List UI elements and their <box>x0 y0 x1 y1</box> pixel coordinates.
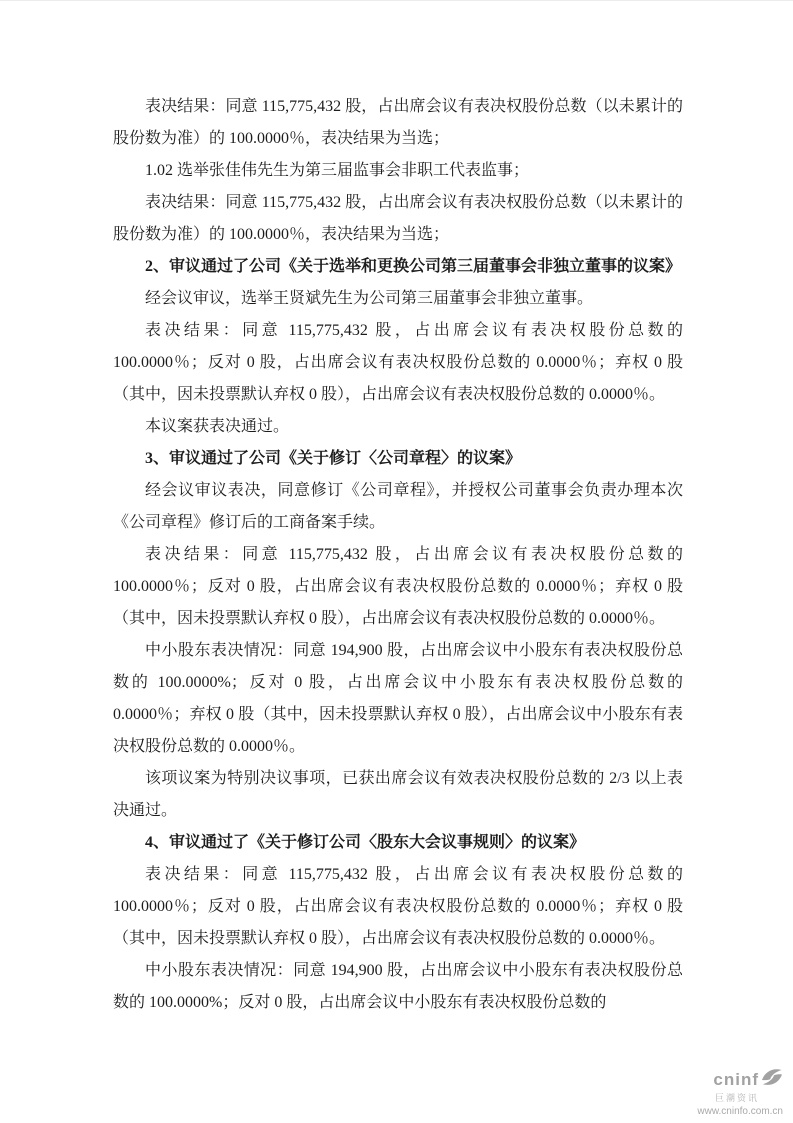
paragraph-item-3-vote-result: 表决结果：同意 115,775,432 股，占出席会议有表决权股份总数的 100… <box>113 539 683 635</box>
paragraph-item-4-vote-result: 表决结果：同意 115,775,432 股，占出席会议有表决权股份总数的 100… <box>113 859 683 955</box>
cninfo-swirl-icon <box>761 1067 783 1092</box>
paragraph-item-2-passed: 本议案获表决通过。 <box>113 411 683 443</box>
heading-item-3: 3、审议通过了公司《关于修订〈公司章程〉的议案》 <box>113 443 683 475</box>
paragraph-item-3-special-resolution: 该项议案为特别决议事项，已获出席会议有效表决权股份总数的 2/3 以上表决通过。 <box>113 763 683 827</box>
heading-item-4: 4、审议通过了《关于修订公司〈股东大会议事规则〉的议案》 <box>113 827 683 859</box>
document-page: 表决结果：同意 115,775,432 股，占出席会议有表决权股份总数（以未累计… <box>0 0 793 1123</box>
cninfo-url: www.cninfo.com.cn <box>697 1106 783 1118</box>
paragraph-item-3-review: 经会议审议表决，同意修订《公司章程》，并授权公司董事会负责办理本次《公司章程》修… <box>113 475 683 539</box>
cninfo-chinese-name: 巨潮资讯 <box>697 1093 783 1103</box>
cninfo-watermark-brand-row: cninf <box>697 1067 783 1092</box>
paragraph-vote-result-1-01: 表决结果：同意 115,775,432 股，占出席会议有表决权股份总数（以未累计… <box>113 91 683 155</box>
paragraph-item-1-02: 1.02 选举张佳伟先生为第三届监事会非职工代表监事； <box>113 155 683 187</box>
cninfo-brand-text: cninf <box>713 1070 759 1090</box>
cninfo-watermark: cninf 巨潮资讯 www.cninfo.com.cn <box>697 1067 783 1117</box>
paragraph-item-2-vote-result: 表决结果：同意 115,775,432 股，占出席会议有表决权股份总数的 100… <box>113 315 683 411</box>
paragraph-item-4-minority-votes: 中小股东表决情况：同意 194,900 股，占出席会议中小股东有表决权股份总数的… <box>113 955 683 1019</box>
paragraph-item-2-review: 经会议审议，选举王贤斌先生为公司第三届董事会非独立董事。 <box>113 283 683 315</box>
heading-item-2: 2、审议通过了公司《关于选举和更换公司第三届董事会非独立董事的议案》 <box>113 251 683 283</box>
paragraph-vote-result-1-02: 表决结果：同意 115,775,432 股，占出席会议有表决权股份总数（以未累计… <box>113 187 683 251</box>
paragraph-item-3-minority-votes: 中小股东表决情况：同意 194,900 股，占出席会议中小股东有表决权股份总数的… <box>113 635 683 763</box>
document-body: 表决结果：同意 115,775,432 股，占出席会议有表决权股份总数（以未累计… <box>113 91 683 1019</box>
